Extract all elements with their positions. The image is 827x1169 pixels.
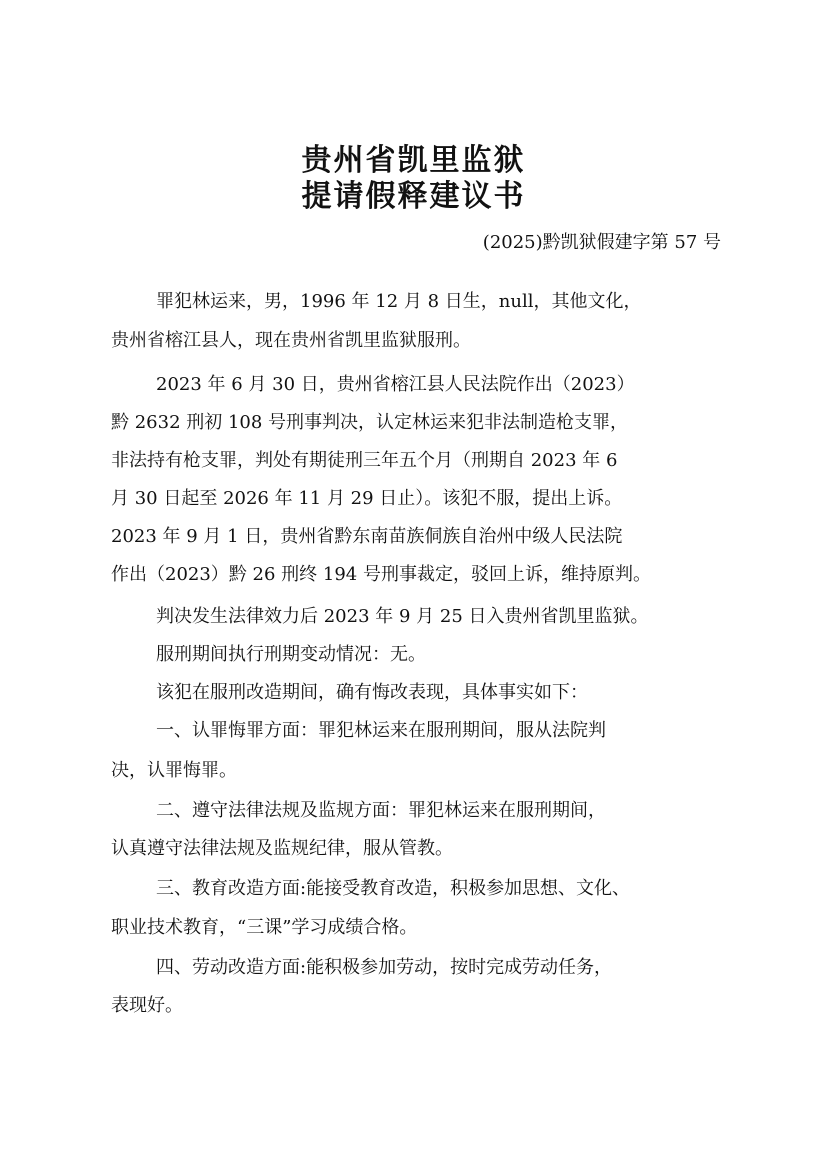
paragraph-line: 四、劳动改造方面:能积极参加劳动，按时完成劳动任务， bbox=[156, 955, 776, 981]
paragraph-line: 作出（2023）黔 26 刑终 194 号刑事裁定，驳回上诉，维持原判。 bbox=[111, 562, 731, 588]
paragraph-line: 判决发生法律效力后 2023 年 9 月 25 日入贵州省凯里监狱。 bbox=[156, 604, 776, 630]
document-page: 贵州省凯里监狱 提请假释建议书 (2025)黔凯狱假建字第 57 号 罪犯林运来… bbox=[0, 0, 827, 1169]
paragraph-line: 贵州省榕江县人，现在贵州省凯里监狱服刑。 bbox=[111, 328, 731, 354]
paragraph-line: 服刑期间执行刑期变动情况：无。 bbox=[156, 642, 776, 668]
paragraph-line: 非法持有枪支罪，判处有期徒刑三年五个月（刑期自 2023 年 6 bbox=[111, 448, 731, 474]
paragraph-line: 一、认罪悔罪方面：罪犯林运来在服刑期间，服从法院判 bbox=[156, 718, 776, 744]
document-title-line2: 提请假释建议书 bbox=[0, 179, 827, 215]
paragraph-line: 2023 年 9 月 1 日，贵州省黔东南苗族侗族自治州中级人民法院 bbox=[111, 524, 731, 550]
paragraph-line: 月 30 日起至 2026 年 11 月 29 日止）。该犯不服，提出上诉。 bbox=[111, 486, 731, 512]
paragraph-line: 该犯在服刑改造期间，确有悔改表现，具体事实如下： bbox=[156, 680, 776, 706]
paragraph-line: 罪犯林运来，男，1996 年 12 月 8 日生，null，其他文化， bbox=[156, 289, 776, 315]
paragraph-line: 三、教育改造方面:能接受教育改造，积极参加思想、文化、 bbox=[156, 876, 776, 902]
paragraph-line: 黔 2632 刑初 108 号刑事判决，认定林运来犯非法制造枪支罪， bbox=[111, 410, 731, 436]
paragraph-line: 决，认罪悔罪。 bbox=[111, 758, 731, 784]
document-title-line1: 贵州省凯里监狱 bbox=[0, 143, 827, 179]
paragraph-line: 职业技术教育，“三课”学习成绩合格。 bbox=[111, 915, 731, 941]
paragraph-line: 二、遵守法律法规及监规方面：罪犯林运来在服刑期间， bbox=[156, 798, 776, 824]
paragraph-line: 表现好。 bbox=[111, 993, 731, 1019]
paragraph-line: 认真遵守法律法规及监规纪律，服从管教。 bbox=[111, 836, 731, 862]
paragraph-line: 2023 年 6 月 30 日，贵州省榕江县人民法院作出（2023） bbox=[156, 372, 776, 398]
document-number: (2025)黔凯狱假建字第 57 号 bbox=[483, 230, 721, 256]
